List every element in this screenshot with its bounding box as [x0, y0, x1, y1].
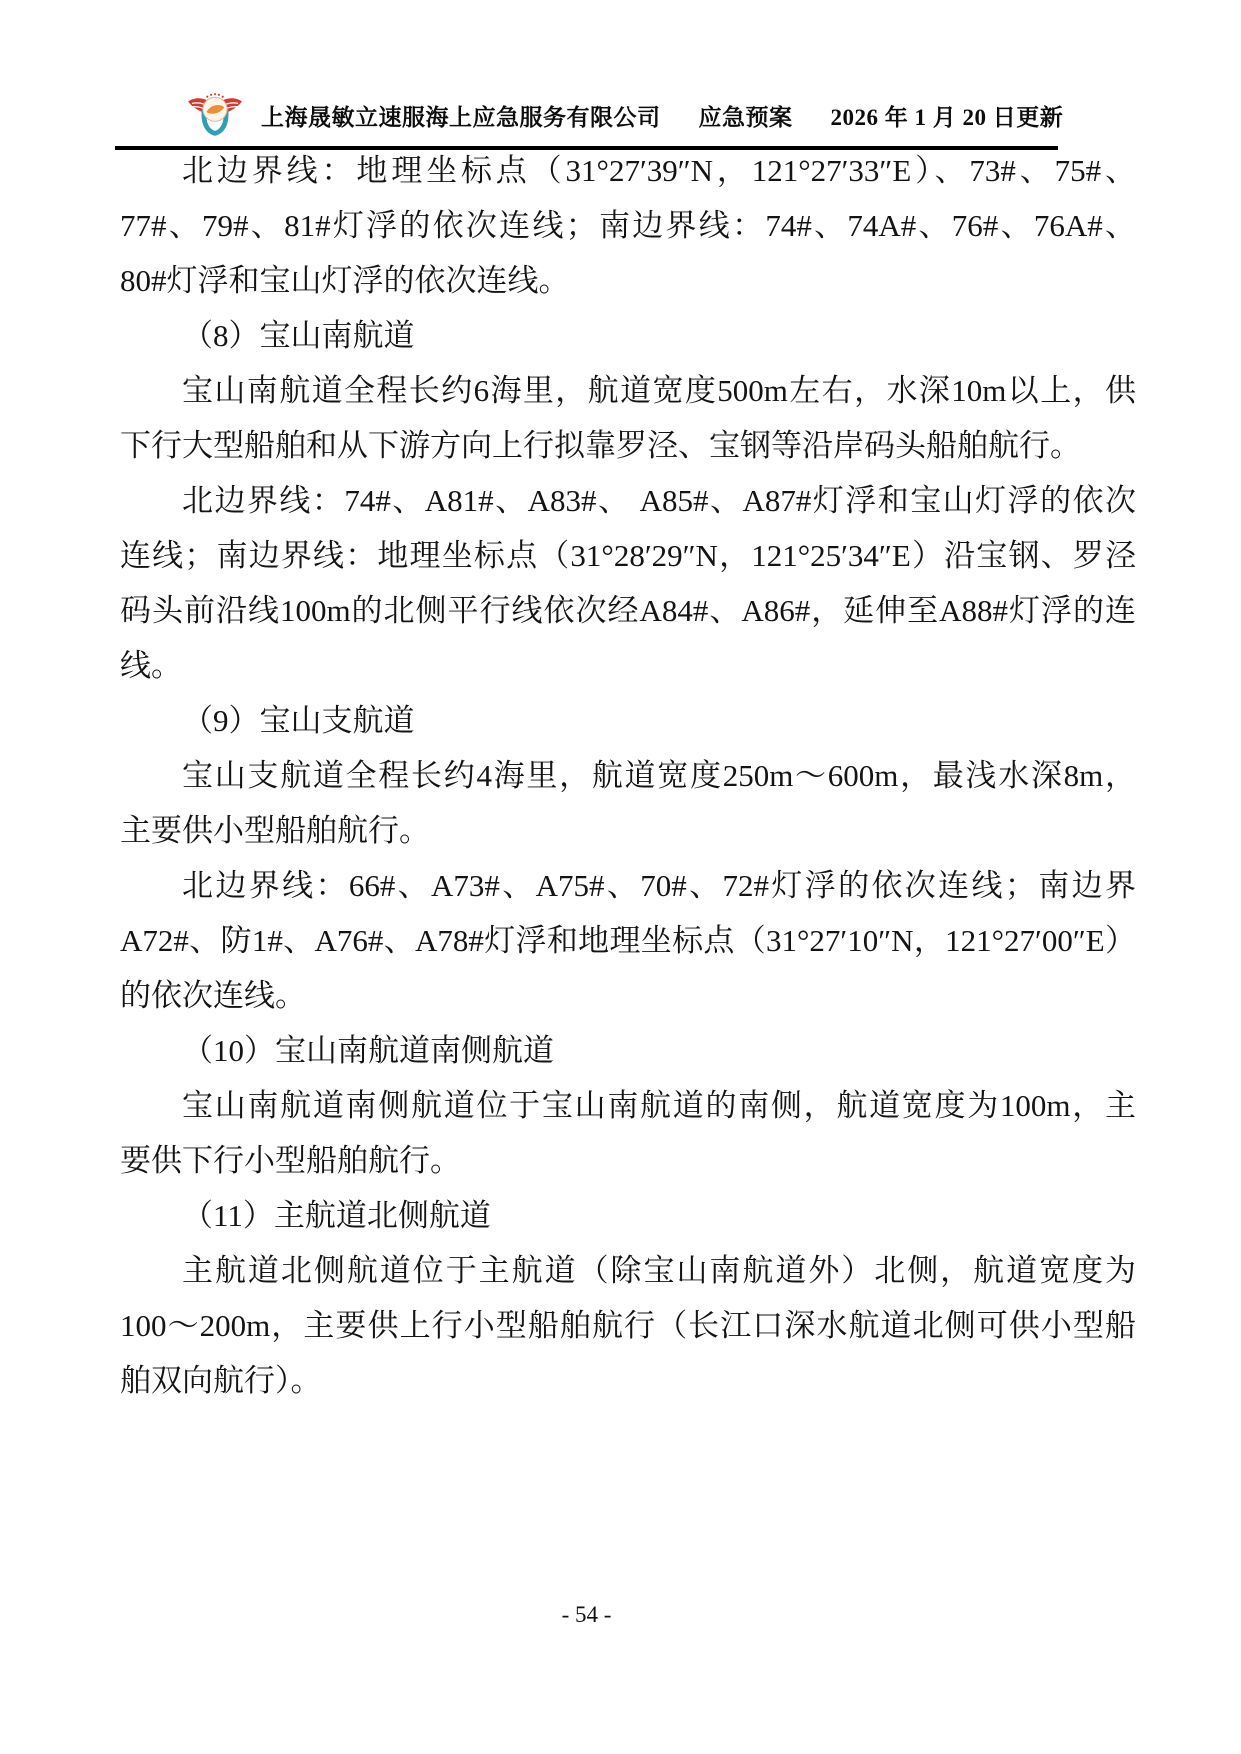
header-doc-type: 应急预案	[699, 99, 793, 132]
text-line: 80#灯浮和宝山灯浮的依次连线。	[120, 253, 1136, 308]
text-line: 线。	[120, 638, 1136, 693]
logo-arc-dot	[218, 94, 220, 96]
text-line: 舶双向航行）。	[120, 1353, 1136, 1408]
section-heading: （10）宝山南航道南侧航道	[120, 1023, 1136, 1078]
text-line: 宝山南航道南侧航道位于宝山南航道的南侧，航道宽度为100m，主	[120, 1078, 1136, 1133]
text-line: 的依次连线。	[120, 968, 1136, 1023]
text-line: 要供下行小型船舶航行。	[120, 1133, 1136, 1188]
text-line: 100～200m，主要供上行小型船舶航行（长江口深水航道北侧可供小型船	[120, 1298, 1136, 1353]
logo-arc-dot	[214, 93, 216, 95]
text-line: 77#、79#、81#灯浮的依次连线；南边界线：74#、74A#、76#、76A…	[120, 198, 1136, 253]
page-footer: - 54 -	[115, 1602, 1058, 1628]
section-heading: （9）宝山支航道	[120, 693, 1136, 748]
logo-arc-dot	[210, 94, 212, 96]
page-header: 上海晟敏立速服海上应急服务有限公司应急预案2026 年 1 月 20 日更新	[261, 99, 1063, 132]
header-company-name: 上海晟敏立速服海上应急服务有限公司	[261, 99, 661, 132]
section-heading: （11）主航道北侧航道	[120, 1188, 1136, 1243]
section-heading: （8）宝山南航道	[120, 308, 1136, 363]
page-number: - 54 -	[562, 1602, 612, 1627]
text-line: 连线；南边界线：地理坐标点（31°28′29″N，121°25′34″E）沿宝钢…	[120, 528, 1136, 583]
document-body: 北边界线：地理坐标点（31°27′39″N，121°27′33″E）、73#、7…	[120, 143, 1136, 1408]
text-line: 主航道北侧航道位于主航道（除宝山南航道外）北侧，航道宽度为	[120, 1243, 1136, 1298]
text-line: 北边界线：74#、A81#、A83#、 A85#、A87#灯浮和宝山灯浮的依次	[120, 473, 1136, 528]
company-logo-icon	[186, 90, 244, 142]
text-line: 北边界线：66#、A73#、A75#、70#、72#灯浮的依次连线；南边界线：	[120, 858, 1136, 913]
text-line: 宝山支航道全程长约4海里，航道宽度250m～600m，最浅水深8m，	[120, 748, 1136, 803]
document-page: 上海晟敏立速服海上应急服务有限公司应急预案2026 年 1 月 20 日更新 北…	[0, 0, 1241, 1754]
logo-arc-dot	[206, 96, 208, 98]
text-line: 主要供小型船舶航行。	[120, 803, 1136, 858]
header-update-date: 2026 年 1 月 20 日更新	[831, 99, 1064, 132]
text-line: A72#、防1#、A76#、A78#灯浮和地理坐标点（31°27′10″N，12…	[120, 913, 1136, 968]
logo-arc-dot	[222, 96, 224, 98]
text-line: 下行大型船舶和从下游方向上行拟靠罗泾、宝钢等沿岸码头船舶航行。	[120, 418, 1136, 473]
text-line: 宝山南航道全程长约6海里，航道宽度500m左右，水深10m以上，供	[120, 363, 1136, 418]
text-line: 码头前沿线100m的北侧平行线依次经A84#、A86#，延伸至A88#灯浮的连	[120, 583, 1136, 638]
text-line: 北边界线：地理坐标点（31°27′39″N，121°27′33″E）、73#、7…	[120, 143, 1136, 198]
